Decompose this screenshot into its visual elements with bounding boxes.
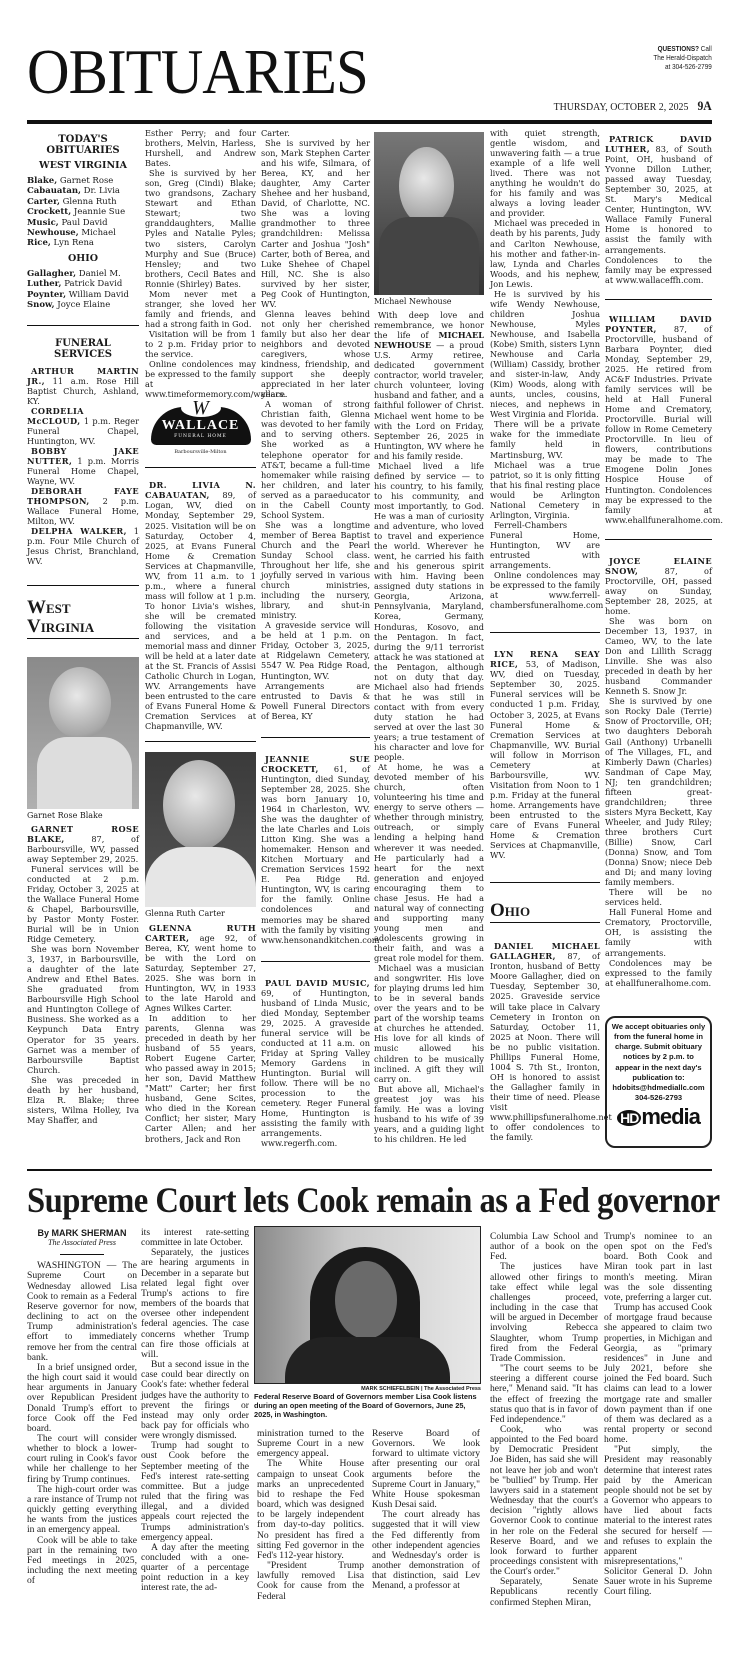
photo-lisa-cook <box>254 1226 481 1384</box>
photo-garnet-blake <box>27 657 139 809</box>
funeral-item: DEBORAH FAYE THOMPSON, 2 p.m. Wallace Fu… <box>27 486 139 526</box>
questions-box: QUESTIONS? Call The Herald-Dispatch at 3… <box>654 44 712 71</box>
news-column-2: its interest rate-setting committee in l… <box>141 1228 249 1594</box>
section-ohio: Ohio <box>490 901 600 923</box>
funeral-item: BOBBY JAKE NUTTER, 1 p.m. Morris Funeral… <box>27 446 139 486</box>
wallace-funeral-home-logo: WWALLACEFUNERAL HOME Barboursville-Milto… <box>151 407 251 457</box>
index-entry[interactable]: Poynter, William David <box>27 290 139 300</box>
news-column-1: By MARK SHERMANThe Associated Press WASH… <box>27 1228 137 1586</box>
news-rule <box>27 1169 712 1171</box>
photo-caption: Garnet Rose Blake <box>27 811 139 821</box>
column-5: with quiet strength, gentle wisdom, and … <box>490 128 600 1142</box>
oh-index: Gallagher, Daniel M. Luther, Patrick Dav… <box>27 269 139 311</box>
submission-notice-box: We accept obituaries only from the funer… <box>605 1016 712 1148</box>
masthead: OBITUARIES <box>27 40 368 104</box>
index-entry[interactable]: Luther, Patrick David <box>27 279 139 289</box>
index-entry[interactable]: Crockett, Jeannie Sue <box>27 207 139 217</box>
section-west-virginia: West Virginia <box>27 598 139 639</box>
index-entry[interactable]: Cabauatan, Dr. Livia <box>27 186 139 196</box>
header-rule <box>27 120 712 124</box>
index-entry[interactable]: Music, Paul David <box>27 218 139 228</box>
wv-label: WEST VIRGINIA <box>27 161 139 171</box>
column-4: Michael Newhouse With deep love and reme… <box>374 128 484 1144</box>
funeral-item: ARTHUR MARTIN JR., 11 a.m. Rose Hill Bap… <box>27 366 139 406</box>
column-2: Esther Perry; and four brothers, Melvin,… <box>145 128 256 1144</box>
dateline: THURSDAY, OCTOBER 2, 20259A <box>554 98 712 114</box>
oh-label: OHIO <box>27 254 139 264</box>
funeral-services-title: FUNERAL SERVICES <box>27 338 139 360</box>
byline: By MARK SHERMANThe Associated Press <box>27 1228 137 1255</box>
index-entry[interactable]: Blake, Garnet Rose <box>27 176 139 186</box>
news-column-4: Reserve Board of Governors. We look forw… <box>372 1429 480 1592</box>
news-headline: Supreme Court lets Cook remain as a Fed … <box>27 1180 720 1220</box>
index-entry[interactable]: Newhouse, Michael <box>27 228 139 238</box>
hd-media-logo: HDmedia <box>610 1105 707 1128</box>
index-entry[interactable]: Carter, Glenna Ruth <box>27 197 139 207</box>
news-column-3: ministration turned to the Supreme Court… <box>257 1429 364 1602</box>
todays-obituaries-title: TODAY'S OBITUARIES <box>27 134 139 156</box>
news-column-5: Columbia Law School and author of a book… <box>490 1232 598 1608</box>
photo-caption: Glenna Ruth Carter <box>145 909 256 919</box>
column-6: PATRICK DAVID LUTHER, 83, of South Point… <box>605 128 712 1148</box>
funeral-item: CORDELIA McCLOUD, 1 p.m. Reger Funeral C… <box>27 406 139 446</box>
news-column-6: Trump's nominee to an open spot on the F… <box>604 1232 712 1598</box>
wv-index: Blake, Garnet Rose Cabauatan, Dr. Livia … <box>27 176 139 249</box>
page-number: 9A <box>698 98 712 113</box>
notice-phone: 304-526-2793 <box>610 1093 707 1103</box>
page-header: OBITUARIES QUESTIONS? Call The Herald-Di… <box>27 0 712 125</box>
column-3: Carter. She is survived by her son, Mark… <box>261 128 370 1148</box>
notice-email[interactable]: hdobits@hdmediallc.com <box>610 1083 707 1093</box>
index-entry[interactable]: Snow, Joyce Elaine <box>27 300 139 310</box>
photo-glenna-carter <box>145 752 256 907</box>
photo-caption: Michael Newhouse <box>374 297 484 307</box>
photo-michael-newhouse <box>374 132 484 295</box>
photo-caption: Federal Reserve Board of Governors membe… <box>254 1393 481 1419</box>
index-entry[interactable]: Gallagher, Daniel M. <box>27 269 139 279</box>
column-1: TODAY'S OBITUARIES WEST VIRGINIA Blake, … <box>27 128 139 1125</box>
funeral-item: DELPHA WALKER, 1 p.m. Four Mile Church o… <box>27 526 139 566</box>
index-entry[interactable]: Rice, Lyn Rena <box>27 238 139 248</box>
